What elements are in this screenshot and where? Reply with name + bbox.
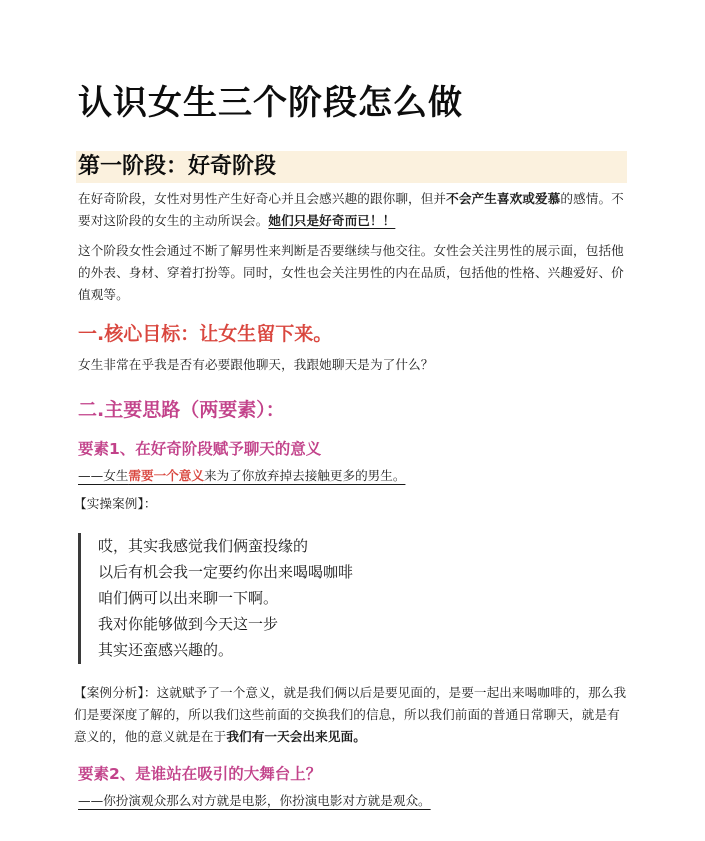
case-analysis-paragraph: 【案例分析】：这就赋予了一个意义，就是我们俩以后是要见面的，是要一起出来喝咖啡的… bbox=[74, 682, 628, 748]
text: 在好奇阶段，女性对男性产生好奇心并且会感兴趣的跟你聊，但并 bbox=[78, 191, 446, 206]
bold-text: 不会产生喜欢或爱慕 bbox=[446, 191, 560, 206]
goal-heading: 一.核心目标：让女生留下来。 bbox=[78, 321, 332, 347]
quote-line: 其实还蛮感兴趣的。 bbox=[98, 637, 528, 663]
text: 来为了你放弃掉去接触更多的男生。 bbox=[204, 468, 406, 483]
section-heading-stage-one: 第一阶段：好奇阶段 bbox=[76, 151, 627, 183]
quote-line: 我对你能够做到今天这一步 bbox=[98, 611, 528, 637]
highlight-text: 需要一个意义 bbox=[128, 468, 204, 483]
approach-heading: 二.主要思路（两要素）： bbox=[78, 397, 285, 423]
element2-heading: 要素2、是谁站在吸引的大舞台上？ bbox=[78, 763, 321, 785]
element1-heading: 要素1、在好奇阶段赋予聊天的意义 bbox=[78, 438, 321, 460]
paragraph-curiosity-intro: 在好奇阶段，女性对男性产生好奇心并且会感兴趣的跟你聊，但并不会产生喜欢或爱慕的感… bbox=[78, 188, 628, 232]
element2-subtitle: ——你扮演观众那么对方就是电影，你扮演电影对方就是观众。 bbox=[78, 791, 431, 811]
bold-underlined-text: 她们只是好奇而已！！ bbox=[268, 213, 395, 228]
paragraph-stage-description: 这个阶段女性会通过不断了解男性来判断是否要继续与他交往。女性会关注男性的展示面，… bbox=[78, 240, 628, 306]
goal-text: 女生非常在乎我是否有必要跟他聊天，我跟她聊天是为了什么？ bbox=[78, 354, 628, 376]
case-label: 【实操案例】： bbox=[74, 493, 624, 515]
example-quote-block: 哎，其实我感觉我们俩蛮投缘的 以后有机会我一定要约你出来喝喝咖啡 咱们俩可以出来… bbox=[78, 533, 528, 664]
quote-line: 哎，其实我感觉我们俩蛮投缘的 bbox=[98, 533, 528, 559]
element1-subtitle: ——女生需要一个意义来为了你放弃掉去接触更多的男生。 bbox=[78, 466, 405, 486]
quote-line: 咱们俩可以出来聊一下啊。 bbox=[98, 585, 528, 611]
bold-text: 我们有一天会出来见面。 bbox=[226, 729, 366, 744]
quote-line: 以后有机会我一定要约你出来喝喝咖啡 bbox=[98, 559, 528, 585]
page-title: 认识女生三个阶段怎么做 bbox=[78, 80, 463, 126]
text: ——女生 bbox=[78, 468, 128, 483]
